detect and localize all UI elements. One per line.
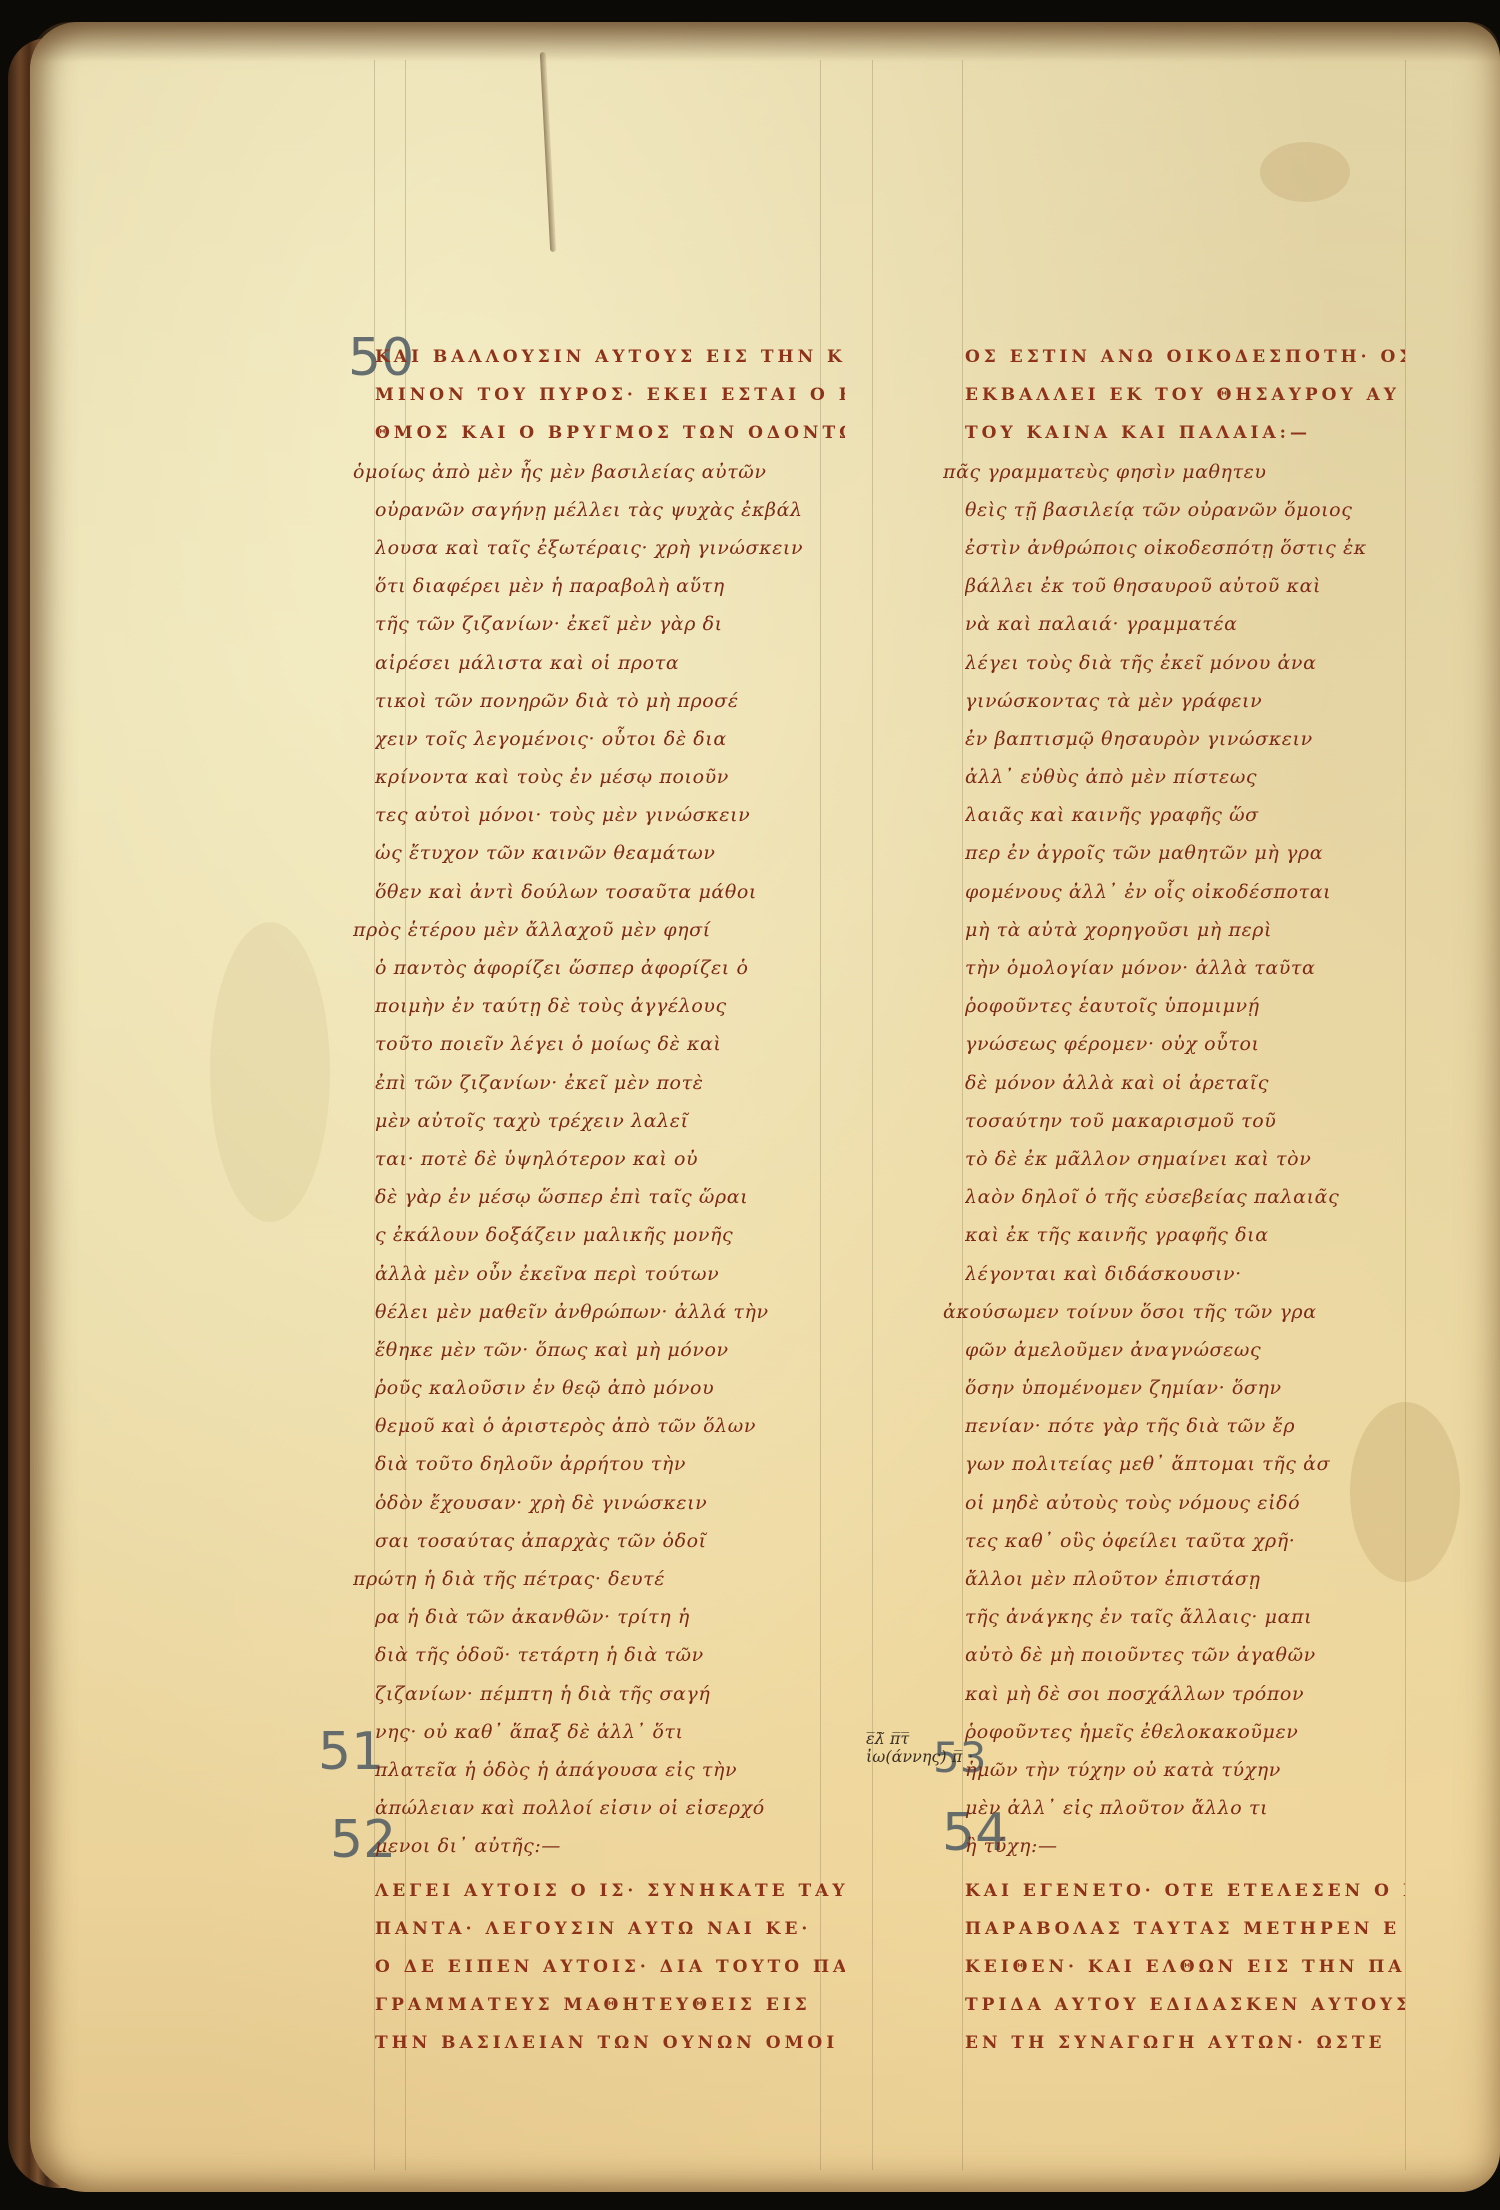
text-line: πᾶς γραμματεὺς φησὶν μαθητευ (943, 453, 1405, 491)
text-line: τῆς ἀνάγκης ἐν ταῖς ἄλλαις· μαπι (965, 1598, 1405, 1636)
text-line: αὐτὸ δὲ μὴ ποιοῦντες τῶν ἀγαθῶν (965, 1636, 1405, 1674)
text-line: φομένους ἀλλ᾽ ἐν οἷς οἰκοδέσποται (965, 873, 1405, 911)
text-line: ἢ τύχη:— (965, 1827, 1405, 1865)
text-line: ἡμῶν τὴν τύχην οὐ κατὰ τύχην (965, 1751, 1405, 1789)
text-line: ὅτι διαφέρει μὲν ἡ παραβολὴ αὕτη (375, 567, 845, 605)
text-line: θεὶς τῇ βασιλείᾳ τῶν οὐρανῶν ὅμοιος (965, 491, 1405, 529)
text-line: ΚΑΙ ΒΑΛΛΟΥΣΙΝ ΑΥΤΟΥΣ ΕΙΣ ΤΗΝ ΚΑ (375, 338, 845, 376)
text-line: νὰ καὶ παλαιά· γραμματέα (965, 605, 1405, 643)
text-line: ΚΕΙΘΕΝ· ΚΑΙ ΕΛΘΩΝ ΕΙΣ ΤΗΝ ΠΑ (965, 1948, 1405, 1986)
text-line: ΤΟΥ ΚΑΙΝΑ ΚΑΙ ΠΑΛΑΙΑ:— (965, 414, 1405, 452)
text-line: ρα ἡ διὰ τῶν ἀκανθῶν· τρίτη ἡ (375, 1598, 845, 1636)
text-line: νης· οὐ καθ᾽ ἅπαξ δὲ ἀλλ᾽ ὅτι (375, 1713, 845, 1751)
text-line: αἱρέσει μάλιστα καὶ οἱ προτα (375, 644, 845, 682)
text-line: ὅθεν καὶ ἀντὶ δούλων τοσαῦτα μάθοι (375, 873, 845, 911)
text-line: ΚΑΙ ΕΓΕΝΕΤΟ· ΟΤΕ ΕΤΕΛΕΣΕΝ Ο ΙΣ ΤΑΣ (965, 1872, 1405, 1910)
text-line: περ ἐν ἀγροῖς τῶν μαθητῶν μὴ γρα (965, 834, 1405, 872)
text-line: θεμοῦ καὶ ὁ ἀριστερὸς ἀπὸ τῶν ὅλων (375, 1407, 845, 1445)
text-line: λουσα καὶ ταῖς ἐξωτέραις· χρὴ γινώσκειν (375, 529, 845, 567)
text-line: μενοι δι᾽ αὐτῆς:— (375, 1827, 845, 1865)
text-line: ΟΣ ΕΣΤΙΝ ΑΝΩ ΟΙΚΟΔΕΣΠΟΤΗ· ΟΣΤΙΣ (965, 338, 1405, 376)
text-line: ἄλλοι μὲν πλοῦτον ἐπιστάσῃ (965, 1560, 1405, 1598)
text-line: ζιζανίων· πέμπτη ἡ διὰ τῆς σαγή (375, 1675, 845, 1713)
text-line: ΠΑΡΑΒΟΛΑΣ ΤΑΥΤΑΣ ΜΕΤΗΡΕΝ Ε (965, 1910, 1405, 1948)
right-text-column: ΟΣ ΕΣΤΙΝ ΑΝΩ ΟΙΚΟΔΕΣΠΟΤΗ· ΟΣΤΙΣ ΕΚΒΑΛΛΕΙ… (965, 338, 1405, 2062)
text-line: ς ἐκάλουν δοξάζειν μαλικῆς μονῆς (375, 1216, 845, 1254)
lectionary-margin-note: ε̅λ̃ π̅τ̅ ἰω(άννης) π̅ ⸱ (866, 1730, 972, 1766)
text-line: τικοὶ τῶν πονηρῶν διὰ τὸ μὴ προσέ (375, 682, 845, 720)
text-line: ὅσην ὑπομένομεν ζημίαν· ὅσην (965, 1369, 1405, 1407)
stain (210, 922, 330, 1222)
text-line: ἀκούσωμεν τοίνυν ὅσοι τῆς τῶν γρα (943, 1293, 1405, 1331)
text-line: διὰ τῆς ὁδοῦ· τετάρτη ἡ διὰ τῶν (375, 1636, 845, 1674)
text-line: πλατεῖα ἡ ὁδὸς ἡ ἀπάγουσα εἰς τὴν (375, 1751, 845, 1789)
parchment-crease (540, 52, 556, 252)
text-line: ἐστὶν ἀνθρώποις οἰκοδεσπότῃ ὅστις ἐκ (965, 529, 1405, 567)
text-line: ἀλλ᾽ εὐθὺς ἀπὸ μὲν πίστεως (965, 758, 1405, 796)
stain (1260, 142, 1350, 202)
text-line: ΕΚΒΑΛΛΕΙ ΕΚ ΤΟΥ ΘΗΣΑΥΡΟΥ ΑΥ (965, 376, 1405, 414)
text-line: ἀλλὰ μὲν οὖν ἐκεῖνα περὶ τούτων (375, 1255, 845, 1293)
text-line: ῥοφοῦντες ἡμεῖς ἐθελοκακοῦμεν (965, 1713, 1405, 1751)
text-line: γινώσκοντας τὰ μὲν γράφειν (965, 682, 1405, 720)
text-line: τὸ δὲ ἐκ μᾶλλον σημαίνει καὶ τὸν (965, 1140, 1405, 1178)
text-line: πρὸς ἑτέρου μὲν ἄλλαχοῦ μὲν φησί (353, 911, 845, 949)
left-text-column: ΚΑΙ ΒΑΛΛΟΥΣΙΝ ΑΥΤΟΥΣ ΕΙΣ ΤΗΝ ΚΑ ΜΙΝΟΝ ΤΟ… (375, 338, 845, 2062)
text-line: σαι τοσαύτας ἀπαρχὰς τῶν ὁδοῖ (375, 1522, 845, 1560)
text-line: ἔθηκε μὲν τῶν· ὅπως καὶ μὴ μόνον (375, 1331, 845, 1369)
text-line: πενίαν· πότε γὰρ τῆς διὰ τῶν ἔρ (965, 1407, 1405, 1445)
text-line: ται· ποτὲ δὲ ὑψηλότερον καὶ οὐ (375, 1140, 845, 1178)
text-line: γνώσεως φέρομεν· οὐχ οὗτοι (965, 1025, 1405, 1063)
text-line: ἐν βαπτισμῷ θησαυρὸν γινώσκειν (965, 720, 1405, 758)
text-line: τοῦτο ποιεῖν λέγει ὁ μοίως δὲ καὶ (375, 1025, 845, 1063)
text-line: ὁμοίως ἀπὸ μὲν ἧς μὲν βασιλείας αὐτῶν (353, 453, 845, 491)
text-line: πρώτη ἡ διὰ τῆς πέτρας· δευτέ (353, 1560, 845, 1598)
text-line: βάλλει ἐκ τοῦ θησαυροῦ αὐτοῦ καὶ (965, 567, 1405, 605)
text-line: ΛΕΓΕΙ ΑΥΤΟΙΣ Ο ΙΣ· ΣΥΝΗΚΑΤΕ ΤΑΥΤΑ (375, 1872, 845, 1910)
text-line: λαιᾶς καὶ καινῆς γραφῆς ὥσ (965, 796, 1405, 834)
text-line: δὲ γὰρ ἐν μέσῳ ὥσπερ ἐπὶ ταῖς ὥραι (375, 1178, 845, 1216)
text-line: ΤΗΝ ΒΑΣΙΛΕΙΑΝ ΤΩΝ ΟΥΝΩΝ ΟΜΟΙ (375, 2024, 845, 2062)
ruling-line (1405, 60, 1406, 2170)
text-line: ΕΝ ΤΗ ΣΥΝΑΓΩΓΗ ΑΥΤΩΝ· ΩΣΤΕ (965, 2024, 1405, 2062)
text-line: δὲ μόνον ἀλλὰ καὶ οἱ ἀρεταῖς (965, 1064, 1405, 1102)
text-line: κρίνοντα καὶ τοὺς ἐν μέσῳ ποιοῦν (375, 758, 845, 796)
text-line: ὁ παντὸς ἀφορίζει ὥσπερ ἀφορίζει ὁ (375, 949, 845, 987)
text-line: ὁδὸν ἔχουσαν· χρὴ δὲ γινώσκειν (375, 1484, 845, 1522)
text-line: λέγονται καὶ διδάσκουσιν· (965, 1255, 1405, 1293)
text-line: ΠΑΝΤΑ· ΛΕΓΟΥΣΙΝ ΑΥΤΩ ΝΑΙ ΚΕ· (375, 1910, 845, 1948)
text-line: τῆς τῶν ζιζανίων· ἐκεῖ μὲν γὰρ δι (375, 605, 845, 643)
text-line: διὰ τοῦτο δηλοῦν ἀρρήτου τὴν (375, 1445, 845, 1483)
text-line: Ο ΔΕ ΕΙΠΕΝ ΑΥΤΟΙΣ· ΔΙΑ ΤΟΥΤΟ ΠΑΣ (375, 1948, 845, 1986)
text-line: τοσαύτην τοῦ μακαρισμοῦ τοῦ (965, 1102, 1405, 1140)
text-line: καὶ μὴ δὲ σοι ποσχάλλων τρόπον (965, 1675, 1405, 1713)
text-line: ἐπὶ τῶν ζιζανίων· ἐκεῖ μὲν ποτὲ (375, 1064, 845, 1102)
text-line: ἀπώλειαν καὶ πολλοί εἰσιν οἱ εἰσερχό (375, 1789, 845, 1827)
text-line: θέλει μὲν μαθεῖν ἀνθρώπων· ἀλλά τὴν (375, 1293, 845, 1331)
text-line: φῶν ἀμελοῦμεν ἀναγνώσεως (965, 1331, 1405, 1369)
text-line: καὶ ἐκ τῆς καινῆς γραφῆς δια (965, 1216, 1405, 1254)
text-line: τες αὐτοὶ μόνοι· τοὺς μὲν γινώσκειν (375, 796, 845, 834)
text-line: οὐρανῶν σαγήνῃ μέλλει τὰς ψυχὰς ἐκβάλ (375, 491, 845, 529)
text-line: ΓΡΑΜΜΑΤΕΥΣ ΜΑΘΗΤΕΥΘΕΙΣ ΕΙΣ (375, 1986, 845, 2024)
text-line: λέγει τοὺς διὰ τῆς ἐκεῖ μόνου ἀνα (965, 644, 1405, 682)
text-line: ὡς ἔτυχον τῶν καινῶν θεαμάτων (375, 834, 845, 872)
text-line: ΘΜΟΣ ΚΑΙ Ο ΒΡΥΓΜΟΣ ΤΩΝ ΟΔΟΝΤΩΝ· (375, 414, 845, 452)
text-line: μὲν αὐτοῖς ταχὺ τρέχειν λαλεῖ (375, 1102, 845, 1140)
text-line: τες καθ᾽ οὓς ὀφείλει ταῦτα χρῆ· (965, 1522, 1405, 1560)
text-line: ῥοφοῦντες ἑαυτοῖς ὑπομιμνῄ (965, 987, 1405, 1025)
text-line: τὴν ὁμολογίαν μόνον· ἀλλὰ ταῦτα (965, 949, 1405, 987)
text-line: ποιμὴν ἐν ταύτῃ δὲ τοὺς ἀγγέλους (375, 987, 845, 1025)
text-line: ΤΡΙΔΑ ΑΥΤΟΥ ΕΔΙΔΑΣΚΕΝ ΑΥΤΟΥΣ (965, 1986, 1405, 2024)
text-line: γων πολιτείας μεθ᾽ ἅπτομαι τῆς ἀσ (965, 1445, 1405, 1483)
ruling-line (872, 60, 873, 2170)
text-line: ῥοῦς καλοῦσιν ἐν θεῷ ἀπὸ μόνου (375, 1369, 845, 1407)
text-line: οἱ μηδὲ αὐτοὺς τοὺς νόμους εἰδό (965, 1484, 1405, 1522)
text-line: λαὸν δηλοῖ ὁ τῆς εὐσεβείας παλαιᾶς (965, 1178, 1405, 1216)
text-line: χειν τοῖς λεγομένοις· οὗτοι δὲ δια (375, 720, 845, 758)
text-line: μὴ τὰ αὐτὰ χορηγοῦσι μὴ περὶ (965, 911, 1405, 949)
text-line: μὲν ἀλλ᾽ εἰς πλοῦτον ἄλλο τι (965, 1789, 1405, 1827)
text-line: ΜΙΝΟΝ ΤΟΥ ΠΥΡΟΣ· ΕΚΕΙ ΕΣΤΑΙ Ο ΚΛΑΥ (375, 376, 845, 414)
